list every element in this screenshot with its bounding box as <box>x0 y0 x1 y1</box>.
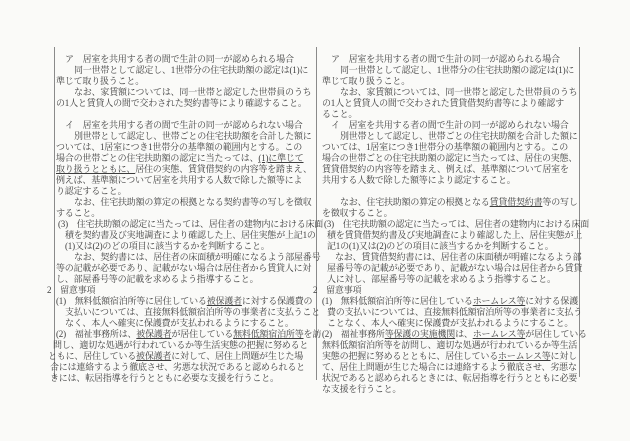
text-line: 記1の(1)又は(2)のどの項目に該当するかを判断すること。 <box>327 241 579 252</box>
text-segment: 屋番号等の記載が必要であり、記載がない場合は居住者から賃貸 <box>327 263 582 273</box>
text-line: なお、家賃額については、同一世帯と認定した世帯員のうち <box>340 87 579 98</box>
text-segment: を訪 <box>304 329 322 339</box>
text-line: 状況であると認められるときには、転居指導を行うとともに必要 <box>322 373 579 384</box>
text-line: (2) 福祉事務所は、被保護者が居住している無料低額宿泊所等を訪 <box>56 329 315 340</box>
text-line: 場合の世帯ごとの住宅扶助額の認定に当たっては、居住の実態、 <box>322 153 579 164</box>
text-line: (3) 住宅扶助額の認定に当たっては、居住者の建物内における床面 <box>324 219 579 230</box>
text-segment: 等の写し <box>542 197 577 207</box>
text-segment: 支払いについては、直接無料低額宿泊所等の事業者に支払うこと <box>65 307 320 317</box>
text-segment: なお、住宅扶助額の算定の根拠となる <box>340 197 490 207</box>
text-line: (1)又は(2)のどの項目に該当するかを判断すること。 <box>65 241 315 252</box>
text-line: なお、契約書には、居住者の床面積が明確になるよう部屋番号 <box>74 252 315 263</box>
text-segment: の1人と賃貸人の間で交わされた賃貸借契約書等により確認す <box>322 98 564 108</box>
text-segment: 費の支払いについては、直接無料低額宿泊所等の事業者に支払う <box>327 307 582 317</box>
text-line: り認定すること。 <box>56 186 315 197</box>
revision-underlined-text: ホームレス等 <box>473 329 526 339</box>
text-segment: (1) 無料低額宿泊所等に居住している <box>322 296 473 306</box>
comparison-column-left: ア 居室を共用する者の間で生計の同一が認められる場合同一世帯として認定し、1世帯… <box>56 54 315 384</box>
text-segment: 場合の世帯ごとの住宅扶助額の認定に当たっては、居住の実態、 <box>322 153 577 163</box>
text-line: 費の支払いについては、直接無料低額宿泊所等の事業者に支払う <box>327 307 579 318</box>
text-line: (2) 福祉事務所等保護の実施機関は、ホームレス等が居住している <box>322 329 579 340</box>
text-segment: の1人と賃貸人の間で交わされた契約書等により確認すること。 <box>56 98 307 108</box>
text-segment: ついては、1居室につき1世帯分の基準額の範囲内とする。この <box>56 142 302 152</box>
text-line: イ 居室を共用する者の間で生計の同一が認められない場合 <box>331 120 579 131</box>
text-segment: が居住している <box>525 329 587 339</box>
scanned-document-page: ア 居室を共用する者の間で生計の同一が認められる場合同一世帯として認定し、1世帯… <box>0 0 630 441</box>
text-line: 取り扱うとともに、居住の実態、賃貸借契約の内容等を踏まえ、 <box>56 164 315 175</box>
text-segment: 問し、適切な処遇が行われているか等生活実態の把握に努めると <box>53 340 308 350</box>
text-line: ついては、1居室につき1世帯分の基準額の範囲内とする。この <box>56 142 315 153</box>
text-segment: ついては、1居室につき1世帯分の基準額の範囲内とする。この <box>322 142 568 152</box>
text-line: ア 居室を共用する者の間で生計の同一が認められる場合 <box>331 54 579 65</box>
revision-underlined-text: 賃貸借契約書 <box>490 197 543 207</box>
text-segment: なお、家賃額については、同一世帯と認定した世帯員のうち <box>74 87 311 97</box>
text-line: て、居住上問題が生じた場合には連絡するよう徹底させ、劣悪な <box>322 362 579 373</box>
text-segment: 別世帯として認定し、世帯ごとの住宅扶助額を合計した額に <box>74 131 312 141</box>
text-segment: 状況であると認められるときには、転居指導を行うとともに必要 <box>322 373 577 383</box>
text-line: 屋番号等の記載が必要であり、記載がない場合は居住者から賃貸 <box>327 263 579 274</box>
text-line: (1) 無料低額宿泊所等に居住しているホームレス等に対する保護 <box>322 296 579 307</box>
text-segment: なお、住宅扶助額の算定の根拠となる契約書等の写しを徴収 <box>74 197 312 207</box>
text-segment: に対する保護費の <box>242 296 312 306</box>
text-segment: 例えば、基準額について居室を共用する人数で除した額等によ <box>56 175 302 185</box>
text-segment: 等の記載が必要であり、記載がない場合は居住者から賃貸人に対 <box>56 263 311 273</box>
text-line: ア 居室を共用する者の間で生計の同一が認められる場合 <box>65 54 315 65</box>
revision-underlined-text: 取り扱うとともに、 <box>56 164 135 174</box>
text-segment: すること。 <box>56 208 100 218</box>
text-segment: に対し <box>551 351 577 361</box>
text-segment: 同一世帯として認定し、1世帯分の住宅扶助額の認定は(1)に <box>74 65 308 75</box>
text-line: 共用する人数で除した額等により認定すること。 <box>322 175 579 186</box>
text-segment: 2 留意事項 <box>313 285 361 295</box>
text-line: 別世帯として認定し、世帯ごとの住宅扶助額を合計した額に <box>340 131 579 142</box>
text-segment: なお、契約書には、居住者の床面積が明確になるよう部屋番号 <box>74 252 320 262</box>
text-segment: 積を賃貸借契約書及び実地調査により確認した上、居住実態が上 <box>327 230 582 240</box>
revision-underlined-text: 被保護者 <box>136 351 171 361</box>
text-segment: ア 居室を共用する者の間で生計の同一が認められる場合 <box>331 54 560 64</box>
text-segment: ること。 <box>322 109 357 119</box>
text-line: すること。 <box>56 208 315 219</box>
text-line: 準じて取り扱うこと。 <box>56 76 315 87</box>
text-segment: し、部屋番号等の記載を求めるよう指導すること。 <box>56 274 258 284</box>
text-segment: を徴収すること。 <box>322 208 392 218</box>
text-segment: (1)又は(2)のどの項目に該当するかを判断すること。 <box>65 241 270 251</box>
revision-underlined-text: 被保護者 <box>207 296 242 306</box>
text-segment: 準じて取り扱うこと。 <box>322 76 410 86</box>
text-segment: 無料低額宿泊所等を訪問し、適切な処遇が行われているか等生活 <box>322 340 577 350</box>
text-line: イ 居室を共用する者の間で生計の同一が認められない場合 <box>65 120 315 131</box>
text-segment: り認定すること。 <box>56 186 126 196</box>
text-line: 積を契約書及び実地調査により確認した上、居住実態が上記1の <box>65 230 315 241</box>
text-segment: イ 居室を共用する者の間で生計の同一が認められない場合 <box>65 120 303 130</box>
text-line: なお、住宅扶助額の算定の根拠となる賃貸借契約書等の写し <box>340 197 579 208</box>
text-line: 積を賃貸借契約書及び実地調査により確認した上、居住実態が上 <box>327 230 579 241</box>
text-line: 同一世帯として認定し、1世帯分の住宅扶助額の認定は(1)に <box>340 65 579 76</box>
text-line: し、部屋番号等の記載を求めるよう指導すること。 <box>56 274 315 285</box>
text-segment: 記1の(1)又は(2)のどの項目に該当するかを判断すること。 <box>327 241 554 251</box>
revision-underlined-text: ホームレス等 <box>473 296 526 306</box>
text-line: 別世帯として認定し、世帯ごとの住宅扶助額を合計した額に <box>74 131 315 142</box>
table-rule-left-border <box>54 47 55 379</box>
text-segment: ともに、居住している <box>48 351 136 361</box>
text-segment: 2 留意事項 <box>47 285 95 295</box>
text-segment: な支援を行うこと。 <box>322 384 401 394</box>
text-line: ことなく、本人へ確実に保護費が支払われるようにすること。 <box>327 318 579 329</box>
text-line: 等の記載が必要であり、記載がない場合は居住者から賃貸人に対 <box>56 263 315 274</box>
text-line: 同一世帯として認定し、1世帯分の住宅扶助額の認定は(1)に <box>74 65 315 76</box>
text-segment: 賃貸借契約の内容等を踏まえ、例えば、基準額について居室を <box>322 164 569 174</box>
text-segment: (2) 福祉事務所 <box>322 329 385 339</box>
text-segment: 別世帯として認定し、世帯ごとの住宅扶助額を合計した額に <box>340 131 578 141</box>
text-line: 無料低額宿泊所等を訪問し、適切な処遇が行われているか等生活 <box>322 340 579 351</box>
text-segment: (1) 無料低額宿泊所等に居住している <box>56 296 207 306</box>
text-line: を徴収すること。 <box>322 208 579 219</box>
text-line: の1人と賃貸人の間で交わされた契約書等により確認すること。 <box>56 98 315 109</box>
text-segment: て、居住上問題が生じた場合には連絡するよう徹底させ、劣悪な <box>322 362 577 372</box>
text-segment: なお、家賃額については、同一世帯と認定した世帯員のうち <box>340 87 577 97</box>
text-line: (1) 無料低額宿泊所等に居住している被保護者に対する保護費の <box>56 296 315 307</box>
text-line: なお、住宅扶助額の算定の根拠となる契約書等の写しを徴収 <box>74 197 315 208</box>
text-segment: 同一世帯として認定し、1世帯分の住宅扶助額の認定は(1)に <box>340 65 574 75</box>
text-line: 2 留意事項 <box>47 285 315 296</box>
text-line: 問し、適切な処遇が行われているか等生活実態の把握に努めると <box>53 340 315 351</box>
text-segment: (3) 住宅扶助額の認定に当たっては、居住者の建物内における床面 <box>324 219 589 229</box>
text-segment: 準じて取り扱うこと。 <box>56 76 144 86</box>
text-line: なく、本人へ確実に保護費が支払われるようにすること。 <box>65 318 315 329</box>
blank-line <box>56 109 315 120</box>
text-line: の1人と賃貸人の間で交わされた賃貸借契約書等により確認す <box>322 98 579 109</box>
text-line: 実態の把握に努めるとともに、居住しているホームレス等に対し <box>322 351 579 362</box>
text-line: 賃貸借契約の内容等を踏まえ、例えば、基準額について居室を <box>322 164 579 175</box>
revision-underlined-text: 被保護者 <box>136 329 171 339</box>
text-line: 2 留意事項 <box>313 285 579 296</box>
text-line: なお、家賃額については、同一世帯と認定した世帯員のうち <box>74 87 315 98</box>
text-segment: 合には連絡するよう徹底させ、劣悪な状況であると認められると <box>50 362 305 372</box>
comparison-column-right: ア 居室を共用する者の間で生計の同一が認められる場合同一世帯として認定し、1世帯… <box>322 54 579 395</box>
text-segment: イ 居室を共用する者の間で生計の同一が認められない場合 <box>331 120 569 130</box>
text-segment: 実態の把握に努めるとともに、居住している <box>322 351 498 361</box>
text-segment: が居住している <box>172 329 234 339</box>
text-line: 準じて取り扱うこと。 <box>322 76 579 87</box>
revision-underlined-text: ホームレス等 <box>498 351 551 361</box>
text-segment: 人に対し、部屋番号等の記載を求めるよう指導すること。 <box>327 274 556 284</box>
blank-line <box>322 186 579 197</box>
text-segment: ことなく、本人へ確実に保護費が支払われるようにすること。 <box>327 318 573 328</box>
text-segment: に対して、居住上問題が生じた場 <box>171 351 303 361</box>
text-segment: きには、転居指導を行うとともに必要な支援を行うこと。 <box>50 373 279 383</box>
text-segment: ア 居室を共用する者の間で生計の同一が認められる場合 <box>65 54 294 64</box>
text-line: ついては、1居室につき1世帯分の基準額の範囲内とする。この <box>322 142 579 153</box>
text-line: 場合の世帯ごとの住宅扶助額の認定に当たっては、(1)に準じて <box>56 153 315 164</box>
text-segment: 居住の実態、賃貸借契約の内容等を踏まえ、 <box>135 164 312 174</box>
text-line: ともに、居住している被保護者に対して、居住上問題が生じた場 <box>48 351 315 362</box>
revision-underlined-text: 等保護の実施機関 <box>385 329 455 339</box>
text-segment: 場合の世帯ごとの住宅扶助額の認定に当たっては、 <box>56 153 258 163</box>
text-line: ること。 <box>322 109 579 120</box>
text-segment: 積を契約書及び実地調査により確認した上、居住実態が上記1の <box>65 230 316 240</box>
text-line: 人に対し、部屋番号等の記載を求めるよう指導すること。 <box>327 274 579 285</box>
text-line: 合には連絡するよう徹底させ、劣悪な状況であると認められると <box>50 362 315 373</box>
text-segment: 共用する人数で除した額等により認定すること。 <box>322 175 516 185</box>
text-line: な支援を行うこと。 <box>322 384 579 395</box>
text-line: (3) 住宅扶助額の認定に当たっては、居住者の建物内における床面 <box>58 219 315 230</box>
text-line: 支払いについては、直接無料低額宿泊所等の事業者に支払うこと <box>65 307 315 318</box>
table-rule-right-border <box>579 47 580 377</box>
revision-underlined-text: (1)に準じて <box>258 153 303 163</box>
text-segment: (2) 福祉事務所は、 <box>56 329 136 339</box>
revision-underlined-text: 無料低額宿泊所等 <box>233 329 303 339</box>
text-segment: (3) 住宅扶助額の認定に当たっては、居住者の建物内における床面 <box>58 219 323 229</box>
text-line: きには、転居指導を行うとともに必要な支援を行うこと。 <box>50 373 315 384</box>
text-segment: なく、本人へ確実に保護費が支払われるようにすること。 <box>65 318 294 328</box>
text-segment: に対する保護 <box>525 296 578 306</box>
text-line: なお、賃貸借契約書には、居住者の床面積が明確になるよう部 <box>335 252 579 263</box>
text-segment: は、 <box>455 329 473 339</box>
text-line: 例えば、基準額について居室を共用する人数で除した額等によ <box>56 175 315 186</box>
text-segment: なお、賃貸借契約書には、居住者の床面積が明確になるよう部 <box>335 252 581 262</box>
